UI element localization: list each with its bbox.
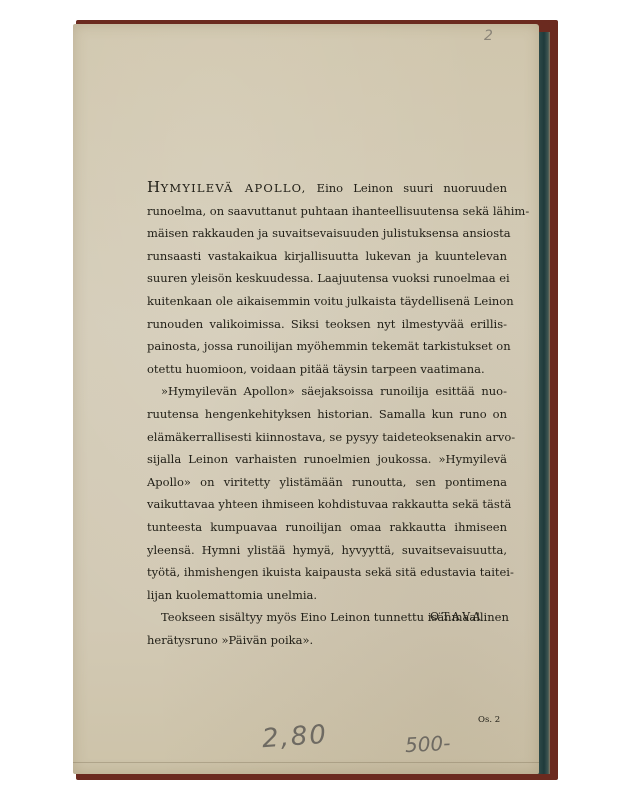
handwritten-price-left: 2,80: [261, 720, 329, 755]
text-line: sijalla Leinon varhaisten runoelmien jou…: [147, 448, 507, 471]
text-line: Eino Leinon suuri nuoruuden: [307, 181, 508, 195]
text-line: tunteesta kumpuavaa runoilijan omaa rakk…: [147, 516, 507, 539]
text-line: otettu huomioon, voidaan pitää täysin ta…: [147, 358, 507, 381]
publisher-name: OTAVA: [430, 610, 510, 623]
text-line: herätysruno »Päivän poika».: [147, 629, 507, 652]
text-line: suuren yleisön keskuudessa. Laajuutensa …: [147, 267, 507, 290]
pencil-corner-mark: 2: [484, 28, 493, 44]
text-line: työtä, ihmishengen ikuista kaipausta sek…: [147, 561, 507, 584]
text-line: mäisen rakkauden ja suvaitsevaisuuden ju…: [147, 222, 507, 245]
handwritten-price-right: 500-: [404, 731, 451, 757]
text-line: vaikuttavaa yhteen ihmiseen kohdistuvaa …: [147, 493, 507, 516]
cover-fold-line: [73, 762, 539, 763]
text-line: elämäkerrallisesti kiinnostava, se pysyy…: [147, 426, 507, 449]
text-line: kuitenkaan ole aikaisemmin voitu julkais…: [147, 290, 507, 313]
blurb-text: HYMYILEVÄ APOLLO, Eino Leinon suuri nuor…: [147, 176, 507, 651]
text-line: Apollo» on viritetty ylistämään runoutta…: [147, 471, 507, 494]
text-line: painosta, jossa runoilijan myöhemmin tek…: [147, 335, 507, 358]
title-initial: H: [147, 178, 161, 196]
print-code: Os. 2: [478, 715, 500, 725]
text-line: yleensä. Hymni ylistää hymyä, hyvyyttä, …: [147, 539, 507, 562]
text-line: runouden valikoimissa. Siksi teoksen nyt…: [147, 313, 507, 336]
title-rest: YMYILEVÄ APOLLO,: [161, 181, 307, 195]
text-line: »Hymyilevän Apollon» säejaksoissa runoil…: [147, 380, 507, 403]
text-line: runsaasti vastakaikua kirjallisuutta luk…: [147, 245, 507, 268]
text-line: runoelma, on saavuttanut puhtaan ihantee…: [147, 200, 507, 223]
text-line: lijan kuolemattomia unelmia.: [147, 584, 507, 607]
paragraph-1: HYMYILEVÄ APOLLO, Eino Leinon suuri nuor…: [147, 176, 507, 380]
paragraph-2: »Hymyilevän Apollon» säejaksoissa runoil…: [147, 380, 507, 606]
book-title: HYMYILEVÄ APOLLO,: [147, 178, 307, 196]
text-line: ruutensa hengenkehityksen historian. Sam…: [147, 403, 507, 426]
